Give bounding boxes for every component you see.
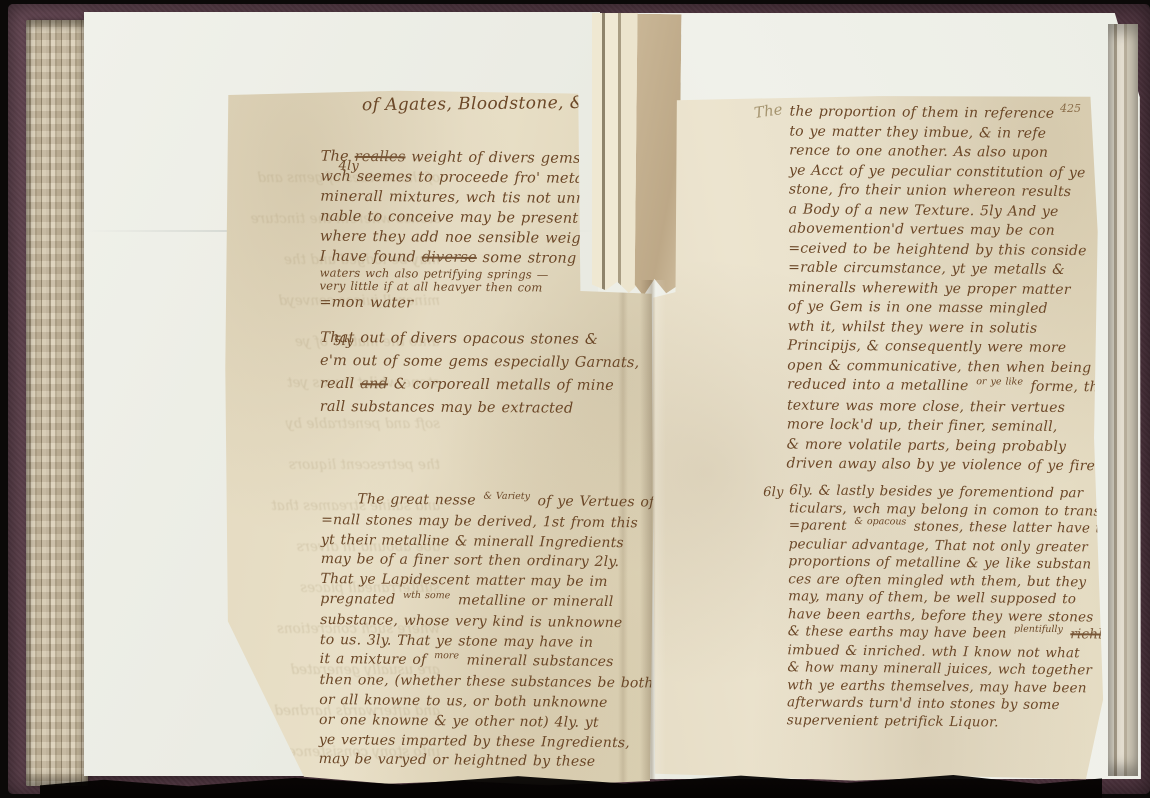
left-page-edge-stack: [26, 20, 88, 786]
manuscript-line: abovemention'd vertues may be con: [788, 220, 1120, 242]
gutter-page-edges: [592, 13, 638, 293]
page-heading: of Agates, Bloodstone, &c.: [362, 93, 601, 116]
paper-guard-strip: [635, 14, 682, 296]
manuscript-line: rall substances may be extracted: [320, 396, 639, 421]
manuscript-line: That out of divers opacous stones &: [320, 327, 639, 352]
text-section-right-1: the proportion of them in referenceto ye…: [786, 103, 1121, 477]
manuscript-line: stone, fro their union whereon results: [789, 181, 1121, 203]
manuscript-line: e'm out of some gems especially Garnats,: [320, 350, 639, 375]
margin-label-6ly: 6ly: [763, 484, 784, 502]
gutter-fold-shadow: [640, 280, 666, 780]
text-section-left-2: 5ly That out of divers opacous stones &e…: [320, 327, 640, 421]
manuscript-line: rence to one another. As also upon: [789, 142, 1121, 164]
manuscript-line: driven away also by ye violence of ye fi…: [786, 455, 1118, 477]
manuscript-line: =rable circumstance, yt ye metalls &: [788, 259, 1120, 281]
margin-catchword: The: [753, 100, 784, 122]
manuscript-line: Principijs, & consequently were more: [787, 337, 1119, 359]
manuscript-line: supervenient petrifick Liquor.: [787, 712, 1120, 733]
manuscript-line: reduced into a metalline or ye like form…: [787, 376, 1119, 399]
manuscript-line: =mon water: [319, 293, 645, 316]
manuscript-line: reall and & corporeall metalls of mine: [320, 373, 639, 398]
right-fore-edge-band: [1108, 24, 1138, 776]
manuscript-line: the petrescent liquors: [228, 445, 440, 486]
manuscript-line: more lock'd up, their finer, seminall,: [787, 416, 1119, 438]
margin-label-5ly: 5ly: [333, 330, 354, 353]
manuscript-line: the proportion of them in reference: [789, 103, 1121, 125]
manuscript-line: of ye Gem is in one masse mingled: [788, 298, 1120, 320]
manuscript-right-leaf: 425 The the proportion of them in refere…: [652, 94, 1104, 782]
manuscript-photo: of the vertues of gems andstones wherein…: [0, 0, 1150, 798]
text-section-right-2: 6ly 6ly. & lastly besides ye foremention…: [787, 482, 1122, 732]
